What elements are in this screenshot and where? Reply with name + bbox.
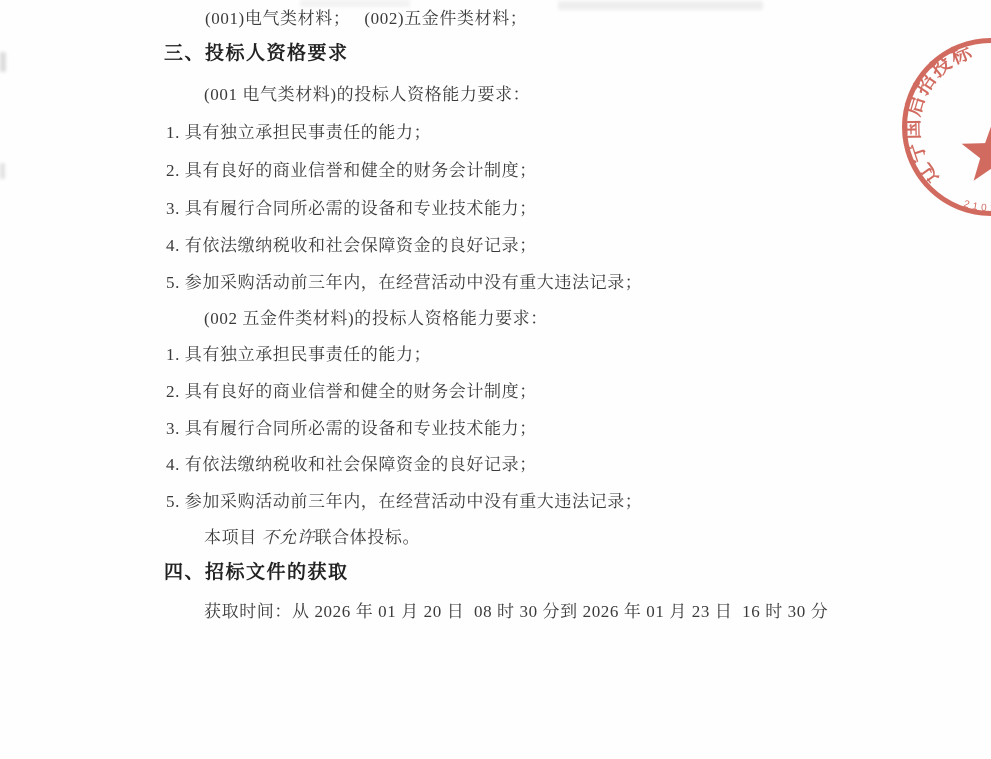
group-1-subheading: (001 电气类材料)的投标人资格能力要求： [204, 84, 530, 106]
qualification-item: 2. 具有良好的商业信誉和健全的财务会计制度； [166, 160, 537, 182]
scanned-document-page: (001)电气类材料； (002)五金件类材料； 三、投标人资格要求 (001 … [0, 0, 991, 759]
section-4-heading: 四、招标文件的获取 [164, 561, 349, 585]
obtain-time-line: 获取时间：从 2026 年 01 月 20 日 08 时 30 分到 2026 … [204, 601, 828, 623]
qualification-item: 1. 具有独立承担民事责任的能力； [166, 122, 431, 144]
qualification-item: 2. 具有良好的商业信誉和健全的财务会计制度； [166, 381, 537, 403]
company-seal-stamp: 辽宁国启招投标 21010 [870, 12, 991, 244]
joint-venture-note: 本项目 不允许联合体投标。 [204, 527, 420, 549]
scan-artifact [558, 1, 763, 10]
qualification-item: 5. 参加采购活动前三年内，在经营活动中没有重大违法记录； [166, 272, 642, 294]
group-2-subheading: (002 五金件类材料)的投标人资格能力要求： [204, 308, 548, 330]
qualification-item: 4. 有依法缴纳税收和社会保障资金的良好记录； [166, 454, 537, 476]
joint-venture-emphasis: 不允许 [262, 528, 315, 547]
scan-artifact [0, 52, 6, 72]
qualification-item: 5. 参加采购活动前三年内，在经营活动中没有重大违法记录； [166, 491, 642, 513]
lot-list-line: (001)电气类材料； (002)五金件类材料； [205, 8, 527, 30]
joint-venture-prefix: 本项目 [204, 528, 262, 547]
qualification-item: 1. 具有独立承担民事责任的能力； [166, 344, 431, 366]
joint-venture-suffix: 联合体投标。 [314, 528, 420, 547]
scan-artifact [300, 0, 410, 7]
qualification-item: 3. 具有履行合同所必需的设备和专业技术能力； [166, 418, 537, 440]
qualification-item: 3. 具有履行合同所必需的设备和专业技术能力； [166, 198, 537, 220]
qualification-item: 4. 有依法缴纳税收和社会保障资金的良好记录； [166, 235, 537, 257]
section-3-heading: 三、投标人资格要求 [164, 42, 349, 66]
scan-artifact [0, 163, 5, 179]
star-icon [962, 121, 991, 181]
